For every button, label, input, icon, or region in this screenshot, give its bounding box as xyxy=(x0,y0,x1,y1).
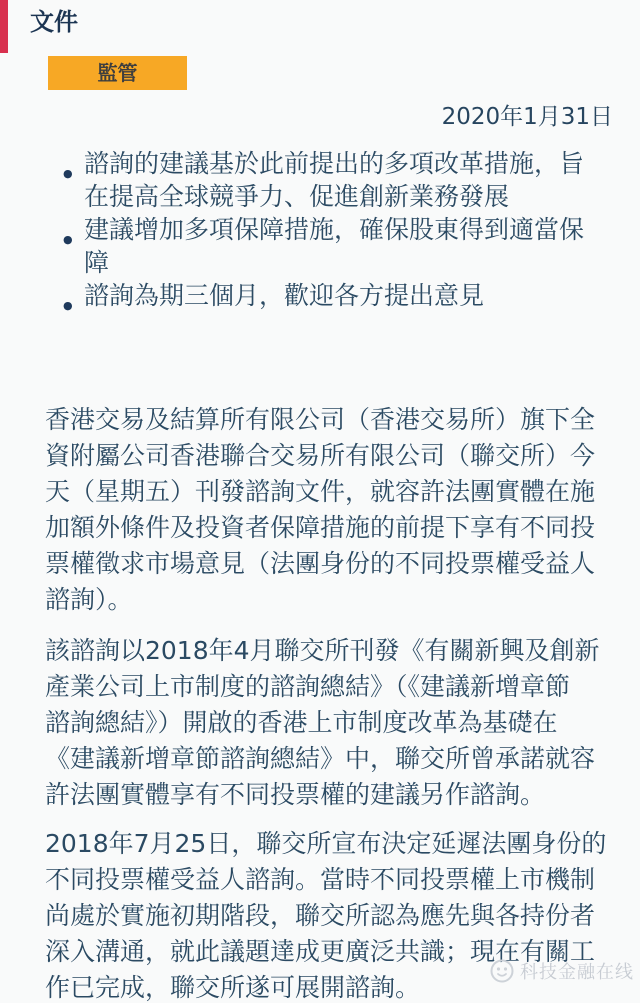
watermark-text: 科技金融在线 xyxy=(520,958,634,984)
summary-bullet: 建議增加多項保障措施，確保股東得到適當保 障 xyxy=(63,213,612,279)
watermark: 科技金融在线 xyxy=(489,958,634,984)
summary-bullet: 諮詢為期三個月，歡迎各方提出意見 xyxy=(63,279,612,312)
publish-date: 2020年1月31日 xyxy=(442,98,613,131)
article-title: 聯交所就法團實體在附帶條件下享有不同投票權刊發諮詢 文件 xyxy=(30,0,636,39)
smiley-logo-icon xyxy=(489,958,515,984)
summary-bullet-list: 諮詢的建議基於此前提出的多項改革措施，旨 在提高全球競爭力、促進創新業務發展 建… xyxy=(63,147,612,312)
article-paragraph: 香港交易及結算所有限公司（香港交易所）旗下全 資附屬公司香港聯合交易所有限公司（… xyxy=(45,402,630,618)
article-paragraph: 該諮詢以2018年4月聯交所刊發《有關新興及創新 產業公司上市制度的諮詢總結》（… xyxy=(45,633,630,813)
accent-bar xyxy=(0,0,8,53)
title-line: 文件 xyxy=(30,5,636,39)
summary-bullet: 諮詢的建議基於此前提出的多項改革措施，旨 在提高全球競爭力、促進創新業務發展 xyxy=(63,147,612,213)
category-badge: 監管 xyxy=(48,56,187,90)
article-page: 聯交所就法團實體在附帶條件下享有不同投票權刊發諮詢 文件 監管 2020年1月3… xyxy=(0,0,640,1003)
title-line-clipped: 聯交所就法團實體在附帶條件下享有不同投票權刊發諮詢 xyxy=(30,0,636,5)
